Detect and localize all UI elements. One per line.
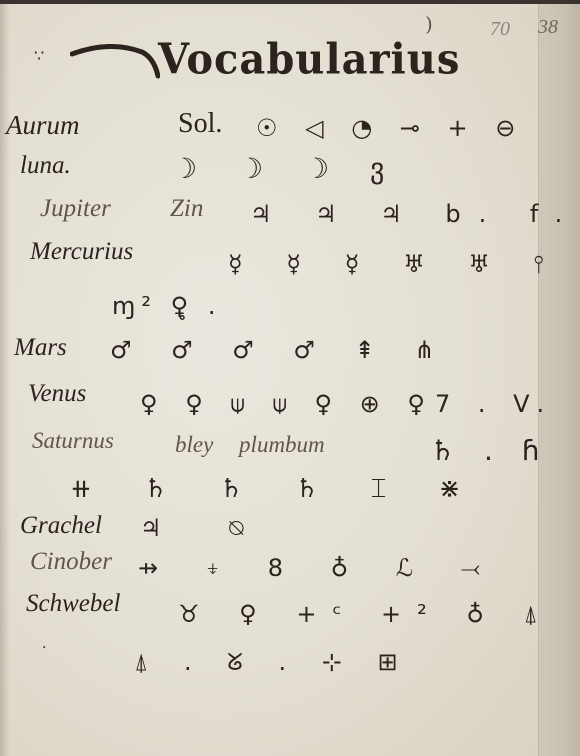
row-symbols: ⍋ . ᘜ . ⊹ ⊞	[134, 648, 412, 676]
ink-dot: ·	[42, 640, 46, 656]
row-label: Saturnus	[32, 428, 114, 454]
row-symbols: ♂ ♂ ♂ ♂ ⇞ ⋔	[110, 336, 450, 364]
title-swash-icon	[70, 44, 160, 80]
row-symbols: ♃ ⍉	[140, 514, 274, 542]
row-symbols: ⇸ ⍖ 8 ♁ ℒ ⤙	[138, 554, 500, 582]
row-symbols: ⧺ ♄ ♄ ♄ ⌶ ⋇	[70, 474, 482, 505]
row-label: Grachel	[20, 512, 102, 540]
row-label: Schwebel	[26, 590, 120, 618]
row-symbols: ♄ . ɦ	[430, 434, 550, 467]
row-symbols: ♀ ♀ ⍦ ⍦ ♀ ⊕ ♀7 . V.	[140, 390, 554, 418]
facing-page-edge	[538, 4, 580, 756]
row-extra: Sol.	[178, 108, 222, 140]
row-label: Mars	[14, 334, 67, 362]
row-symbols: ☿ ☿ ☿ ♅ ♅ ⫯ ǂ	[228, 250, 580, 278]
title-ornament: ∵	[34, 46, 44, 65]
row-symbols: ɱ² ♀̥ .	[112, 292, 221, 320]
row-label: Venus	[28, 380, 86, 408]
row-symbols: ♉ ♀ +ᶜ +² ♁ ⍋ ⍋	[178, 600, 580, 628]
row-symbols: ♃ ♃ ♃ b. f.	[250, 200, 580, 228]
row-label: luna.	[20, 152, 71, 180]
row-label: Jupiter	[40, 195, 111, 223]
row-extra: bley plumbum	[175, 432, 325, 458]
row-label: Mercurius	[30, 238, 133, 266]
corner-mark: )	[425, 12, 433, 36]
ink-page-number: 38	[538, 16, 558, 39]
row-symbols: ☉ ◁ ◔ ⊸ + ⊖	[256, 114, 525, 142]
page-title: Vocabularius	[158, 35, 460, 84]
row-label: Aurum	[6, 110, 80, 141]
row-extra: Zin	[170, 195, 203, 223]
pencil-page-number: 70	[490, 18, 510, 41]
row-symbols: ☽ ☽ ☽ ვ	[172, 152, 400, 185]
row-label: Cinober	[30, 548, 112, 576]
